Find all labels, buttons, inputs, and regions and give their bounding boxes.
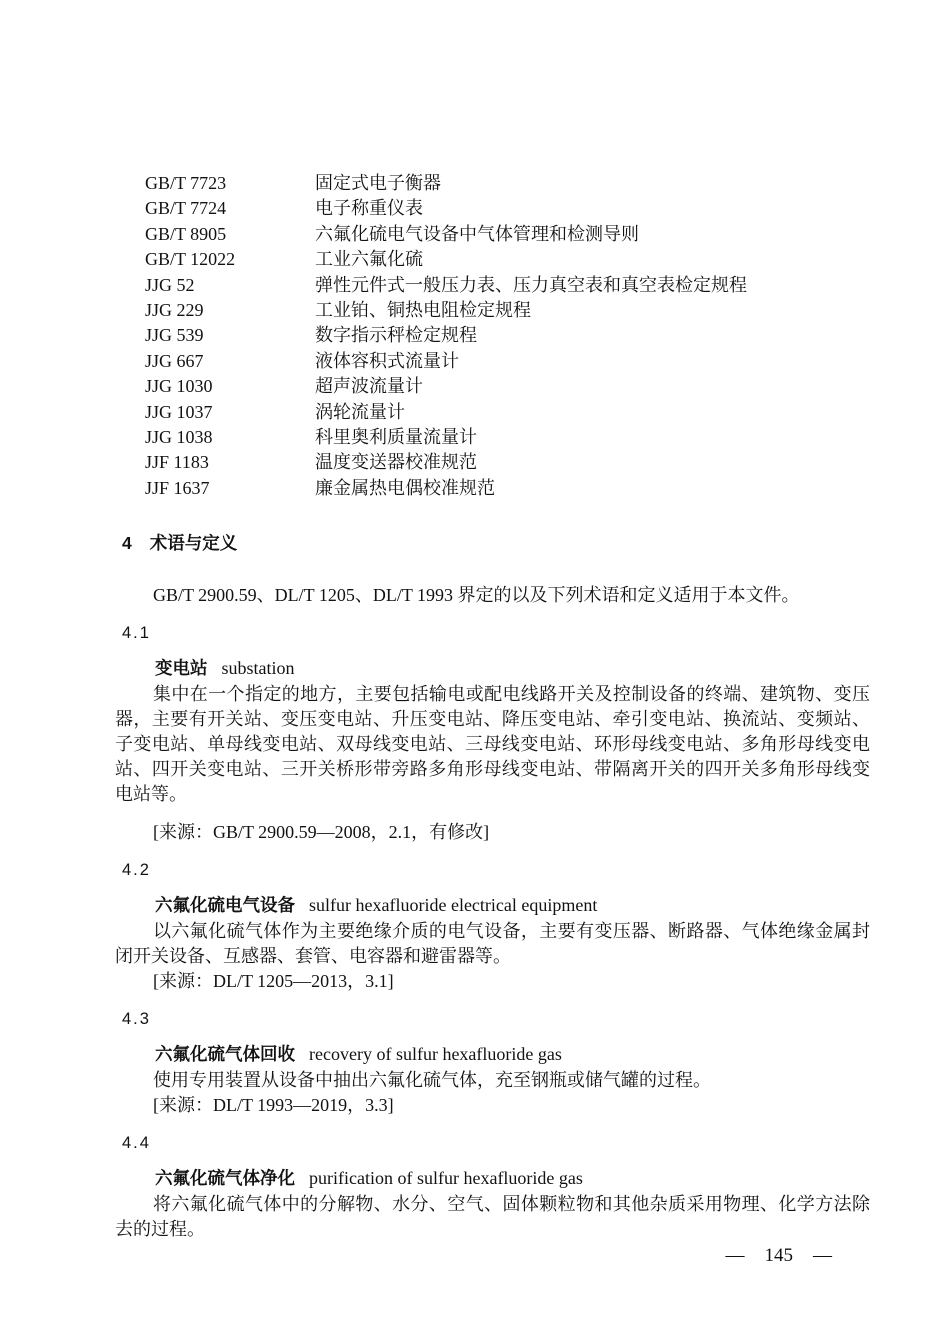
term-en: purification of sulfur hexafluoride gas (309, 1168, 583, 1188)
term-block-4-3: 4.3 六氟化硫气体回收recovery of sulfur hexafluor… (115, 1007, 870, 1118)
reference-code: GB/T 12022 (145, 247, 315, 272)
term-definition: 以六氟化硫气体作为主要绝缘介质的电气设备，主要有变压器、断路器、气体绝缘金属封闭… (115, 919, 870, 969)
section-number: 4 (122, 533, 132, 553)
clause-number: 4.3 (122, 1007, 870, 1032)
reference-row: JJG 1030 超声波流量计 (145, 374, 870, 399)
reference-code: GB/T 7724 (145, 196, 315, 221)
term-zh: 六氟化硫气体净化 (155, 1168, 295, 1188)
reference-title: 廉金属热电偶校准规范 (315, 476, 870, 501)
term-en: recovery of sulfur hexafluoride gas (309, 1044, 562, 1064)
term-en: sulfur hexafluoride electrical equipment (309, 895, 597, 915)
reference-code: GB/T 7723 (145, 171, 315, 196)
reference-title: 涡轮流量计 (315, 400, 870, 425)
reference-code: JJG 1030 (145, 374, 315, 399)
clause-number: 4.2 (122, 858, 870, 883)
clause-number: 4.1 (122, 621, 870, 646)
document-page: GB/T 7723 固定式电子衡器 GB/T 7724 电子称重仪表 GB/T … (0, 0, 950, 1344)
reference-code: JJG 667 (145, 349, 315, 374)
reference-row: JJF 1637 廉金属热电偶校准规范 (145, 476, 870, 501)
reference-title: 弹性元件式一般压力表、压力真空表和真空表检定规程 (315, 273, 870, 298)
term-line: 六氟化硫电气设备sulfur hexafluoride electrical e… (115, 893, 870, 919)
footer-dash-right: — (813, 1243, 832, 1268)
reference-row: GB/T 7724 电子称重仪表 (145, 196, 870, 221)
reference-title: 固定式电子衡器 (315, 171, 870, 196)
reference-row: GB/T 12022 工业六氟化硫 (145, 247, 870, 272)
reference-title: 科里奥利质量流量计 (315, 425, 870, 450)
section-title: 术语与定义 (150, 533, 238, 553)
reference-title: 工业铂、铜热电阻检定规程 (315, 298, 870, 323)
footer-page-value: 145 (765, 1243, 794, 1268)
term-block-4-2: 4.2 六氟化硫电气设备sulfur hexafluoride electric… (115, 858, 870, 994)
source-line: [来源：DL/T 1993—2019，3.3] (115, 1093, 870, 1118)
reference-title: 工业六氟化硫 (315, 247, 870, 272)
reference-code: JJG 539 (145, 323, 315, 348)
reference-title: 数字指示秤检定规程 (315, 323, 870, 348)
source-line: [来源：GB/T 2900.59—2008，2.1，有修改] (115, 820, 870, 845)
footer-dash-left: — (726, 1243, 745, 1268)
reference-row: JJG 52 弹性元件式一般压力表、压力真空表和真空表检定规程 (145, 273, 870, 298)
source-line: [来源：DL/T 1205—2013，3.1] (115, 969, 870, 994)
reference-code: JJG 52 (145, 273, 315, 298)
reference-title: 超声波流量计 (315, 374, 870, 399)
term-zh: 六氟化硫气体回收 (155, 1044, 295, 1064)
term-line: 六氟化硫气体回收recovery of sulfur hexafluoride … (115, 1042, 870, 1068)
reference-title: 电子称重仪表 (315, 196, 870, 221)
reference-row: GB/T 8905 六氟化硫电气设备中气体管理和检测导则 (145, 222, 870, 247)
clause-number: 4.4 (122, 1131, 870, 1156)
intro-paragraph: GB/T 2900.59、DL/T 1205、DL/T 1993 界定的以及下列… (115, 583, 870, 608)
reference-row: JJG 1038 科里奥利质量流量计 (145, 425, 870, 450)
reference-code: JJG 1037 (145, 400, 315, 425)
reference-title: 温度变送器校准规范 (315, 450, 870, 475)
page-number: — 145 — (726, 1243, 833, 1268)
term-block-4-4: 4.4 六氟化硫气体净化purification of sulfur hexaf… (115, 1131, 870, 1242)
reference-code: JJG 1038 (145, 425, 315, 450)
reference-row: JJF 1183 温度变送器校准规范 (145, 450, 870, 475)
reference-code: GB/T 8905 (145, 222, 315, 247)
reference-title: 液体容积式流量计 (315, 349, 870, 374)
term-zh: 变电站 (155, 658, 208, 678)
reference-row: JJG 229 工业铂、铜热电阻检定规程 (145, 298, 870, 323)
term-definition: 将六氟化硫气体中的分解物、水分、空气、固体颗粒物和其他杂质采用物理、化学方法除去… (115, 1192, 870, 1242)
term-line: 变电站substation (115, 656, 870, 682)
reference-code: JJF 1637 (145, 476, 315, 501)
reference-code: JJG 229 (145, 298, 315, 323)
reference-row: GB/T 7723 固定式电子衡器 (145, 171, 870, 196)
term-en: substation (222, 658, 295, 678)
reference-title: 六氟化硫电气设备中气体管理和检测导则 (315, 222, 870, 247)
references-list: GB/T 7723 固定式电子衡器 GB/T 7724 电子称重仪表 GB/T … (145, 171, 870, 501)
term-definition: 使用专用装置从设备中抽出六氟化硫气体，充至钢瓶或储气罐的过程。 (115, 1068, 870, 1093)
reference-code: JJF 1183 (145, 450, 315, 475)
term-line: 六氟化硫气体净化purification of sulfur hexafluor… (115, 1166, 870, 1192)
reference-row: JJG 1037 涡轮流量计 (145, 400, 870, 425)
term-definition: 集中在一个指定的地方，主要包括输电或配电线路开关及控制设备的终端、建筑物、变压器… (115, 682, 870, 807)
section-heading: 4术语与定义 (122, 531, 870, 556)
term-block-4-1: 4.1 变电站substation 集中在一个指定的地方，主要包括输电或配电线路… (115, 621, 870, 845)
reference-row: JJG 667 液体容积式流量计 (145, 349, 870, 374)
reference-row: JJG 539 数字指示秤检定规程 (145, 323, 870, 348)
term-zh: 六氟化硫电气设备 (155, 895, 295, 915)
